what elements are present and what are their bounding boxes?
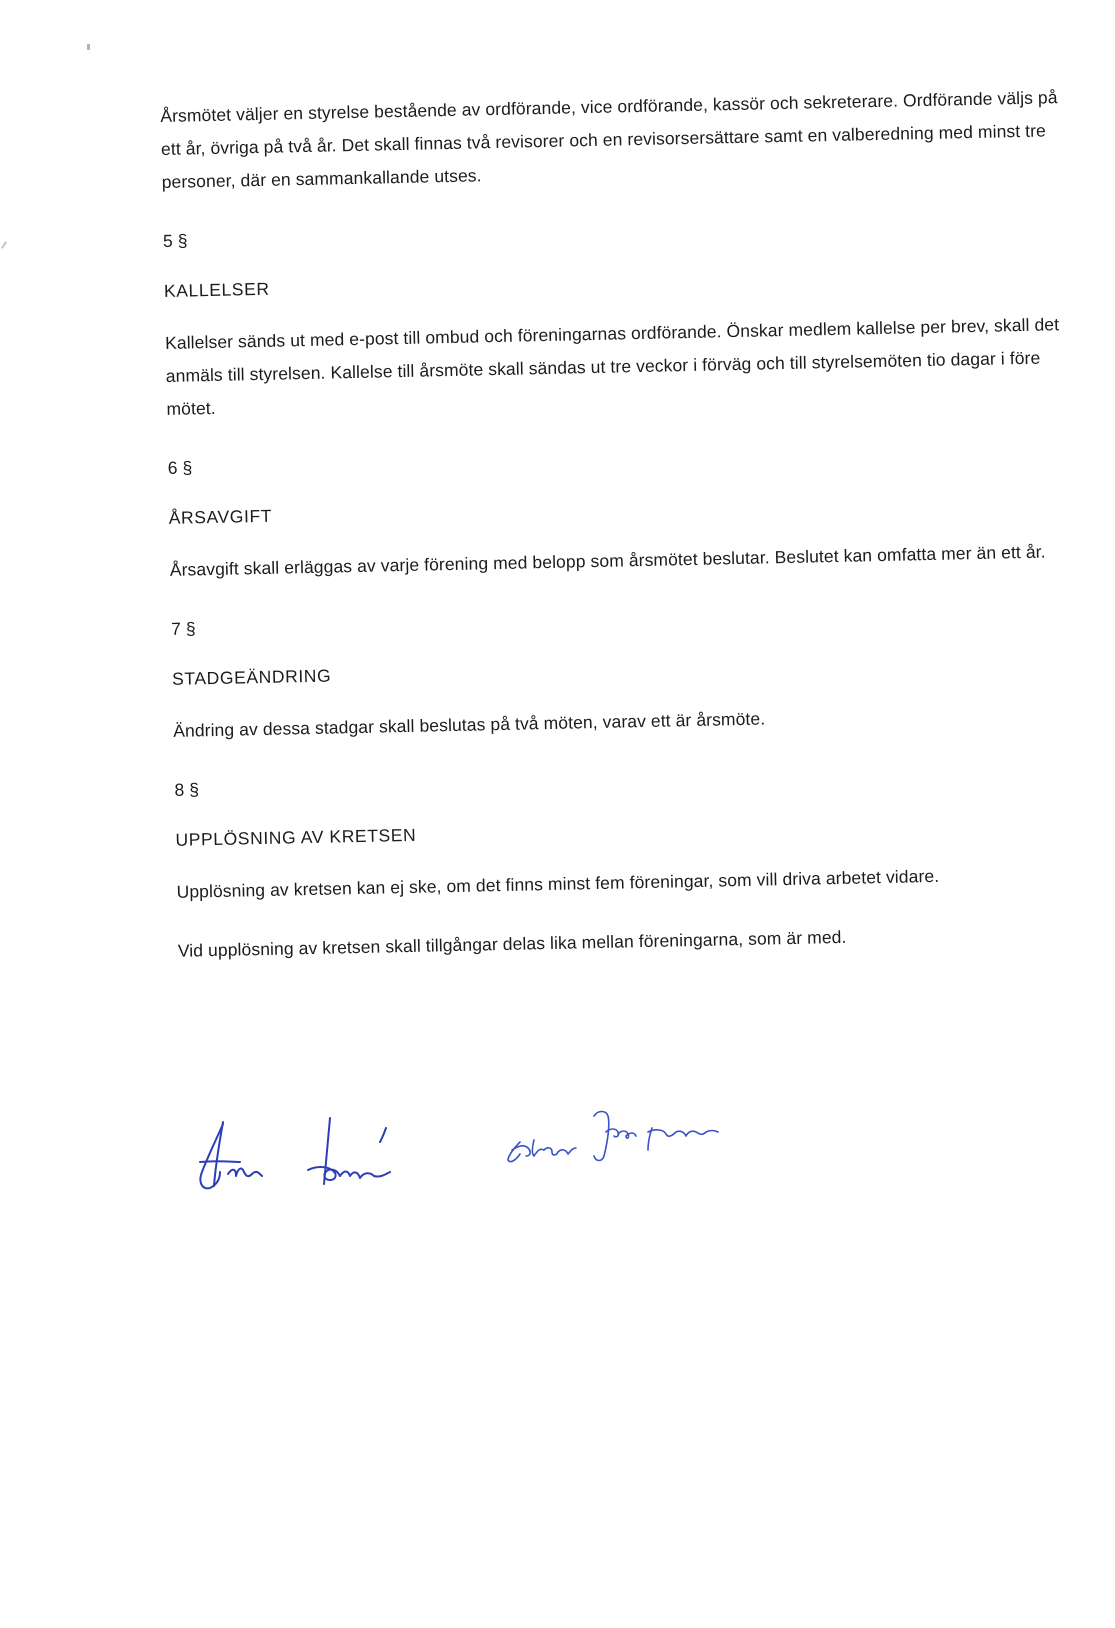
signature-1	[200, 1118, 390, 1188]
document-body: Årsmötet väljer en styrelse bestående av…	[160, 81, 1078, 968]
signature-area	[190, 1100, 750, 1210]
section-paragraph: Kallelser sänds ut med e-post till ombud…	[165, 308, 1067, 426]
signature-2	[508, 1112, 718, 1162]
scanned-document-page: Årsmötet väljer en styrelse bestående av…	[0, 0, 1115, 1628]
scan-speck	[1, 241, 7, 249]
intro-paragraph: Årsmötet väljer en styrelse bestående av…	[160, 81, 1062, 199]
scan-speck	[87, 44, 90, 50]
handwritten-signatures	[190, 1100, 750, 1210]
